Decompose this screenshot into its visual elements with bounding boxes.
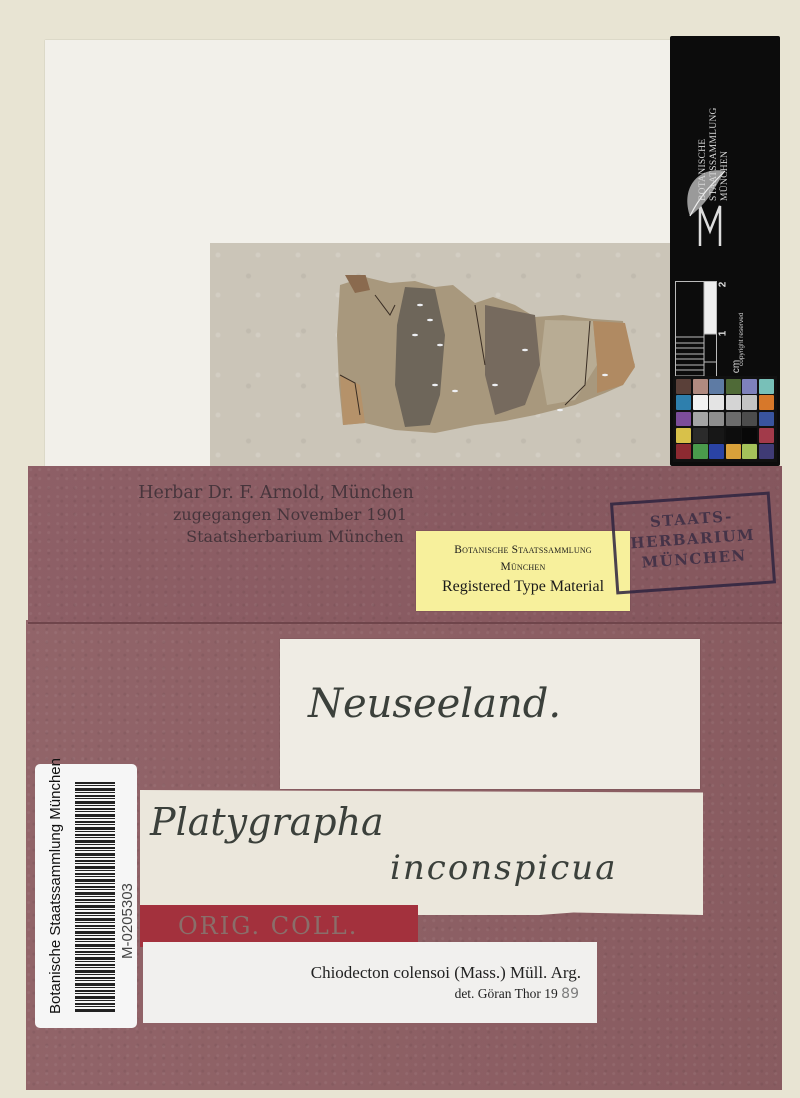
arnold-herbarium-stamp: Herbar Dr. F. Arnold, München zugegangen…	[100, 482, 460, 548]
color-patch	[726, 395, 741, 410]
color-patch	[759, 395, 774, 410]
staatsherbarium-box-stamp: STAATS- HERBARIUM MÜNCHEN	[610, 492, 776, 595]
color-patch	[759, 444, 774, 459]
color-patch	[693, 412, 708, 427]
color-patch	[676, 444, 691, 459]
color-patch	[742, 379, 757, 394]
color-patch	[759, 379, 774, 394]
determiner-line: det. Göran Thor 19 89	[143, 984, 581, 1004]
locality-label: Neuseeland.	[280, 639, 700, 789]
color-patch	[693, 395, 708, 410]
color-patch	[676, 379, 691, 394]
color-patch	[676, 395, 691, 410]
color-patch	[693, 444, 708, 459]
taxon-label: Platygrapha inconspicua	[140, 790, 703, 915]
color-patch	[742, 412, 757, 427]
color-patch	[726, 444, 741, 459]
color-patch	[676, 412, 691, 427]
determined-taxon-name: Chiodecton colensoi (Mass.) Müll. Arg.	[143, 942, 581, 984]
det-year-pencil: 89	[561, 986, 579, 1002]
color-patch	[726, 379, 741, 394]
barcode-number: M-0205303	[119, 883, 136, 959]
color-patch	[709, 412, 724, 427]
institution-name: BOTANISCHE STAATSSAMMLUNG MÜNCHEN	[698, 107, 731, 201]
color-calibration-chart	[673, 376, 777, 462]
cm-ruler	[675, 281, 717, 391]
color-patch	[759, 428, 774, 443]
barcode-icon	[75, 782, 115, 1012]
color-patch	[742, 428, 757, 443]
color-patch	[759, 412, 774, 427]
color-patch	[709, 379, 724, 394]
color-patch	[693, 379, 708, 394]
ruler-label-1: 1	[717, 331, 728, 337]
color-patch	[726, 412, 741, 427]
color-patch	[726, 428, 741, 443]
locality-handwriting: Neuseeland.	[308, 681, 561, 727]
copyright-text: copyright reserved	[738, 313, 745, 366]
color-patch	[709, 428, 724, 443]
barcode-label: Botanische Staatssammlung München M-0205…	[35, 764, 137, 1028]
color-patch	[742, 444, 757, 459]
color-patch	[742, 395, 757, 410]
bark-specimen-icon	[335, 275, 635, 433]
taxon-handwriting-epithet: inconspicua	[390, 848, 617, 888]
color-patch	[709, 444, 724, 459]
ruler-label-2: 2	[717, 282, 728, 288]
color-patch	[693, 428, 708, 443]
orig-coll-label: ORIG. COLL.	[140, 905, 418, 947]
color-patch	[676, 428, 691, 443]
registered-type-label: Botanische Staatssammlung München Regist…	[416, 531, 630, 611]
barcode-institution: Botanische Staatssammlung München	[47, 758, 64, 1014]
taxon-handwriting-genus: Platygrapha	[150, 800, 384, 844]
color-patch	[709, 395, 724, 410]
color-scale-bar: BOTANISCHE STAATSSAMMLUNG MÜNCHEN 0 1 2 …	[670, 36, 780, 466]
determination-label: Chiodecton colensoi (Mass.) Müll. Arg. d…	[143, 942, 597, 1023]
